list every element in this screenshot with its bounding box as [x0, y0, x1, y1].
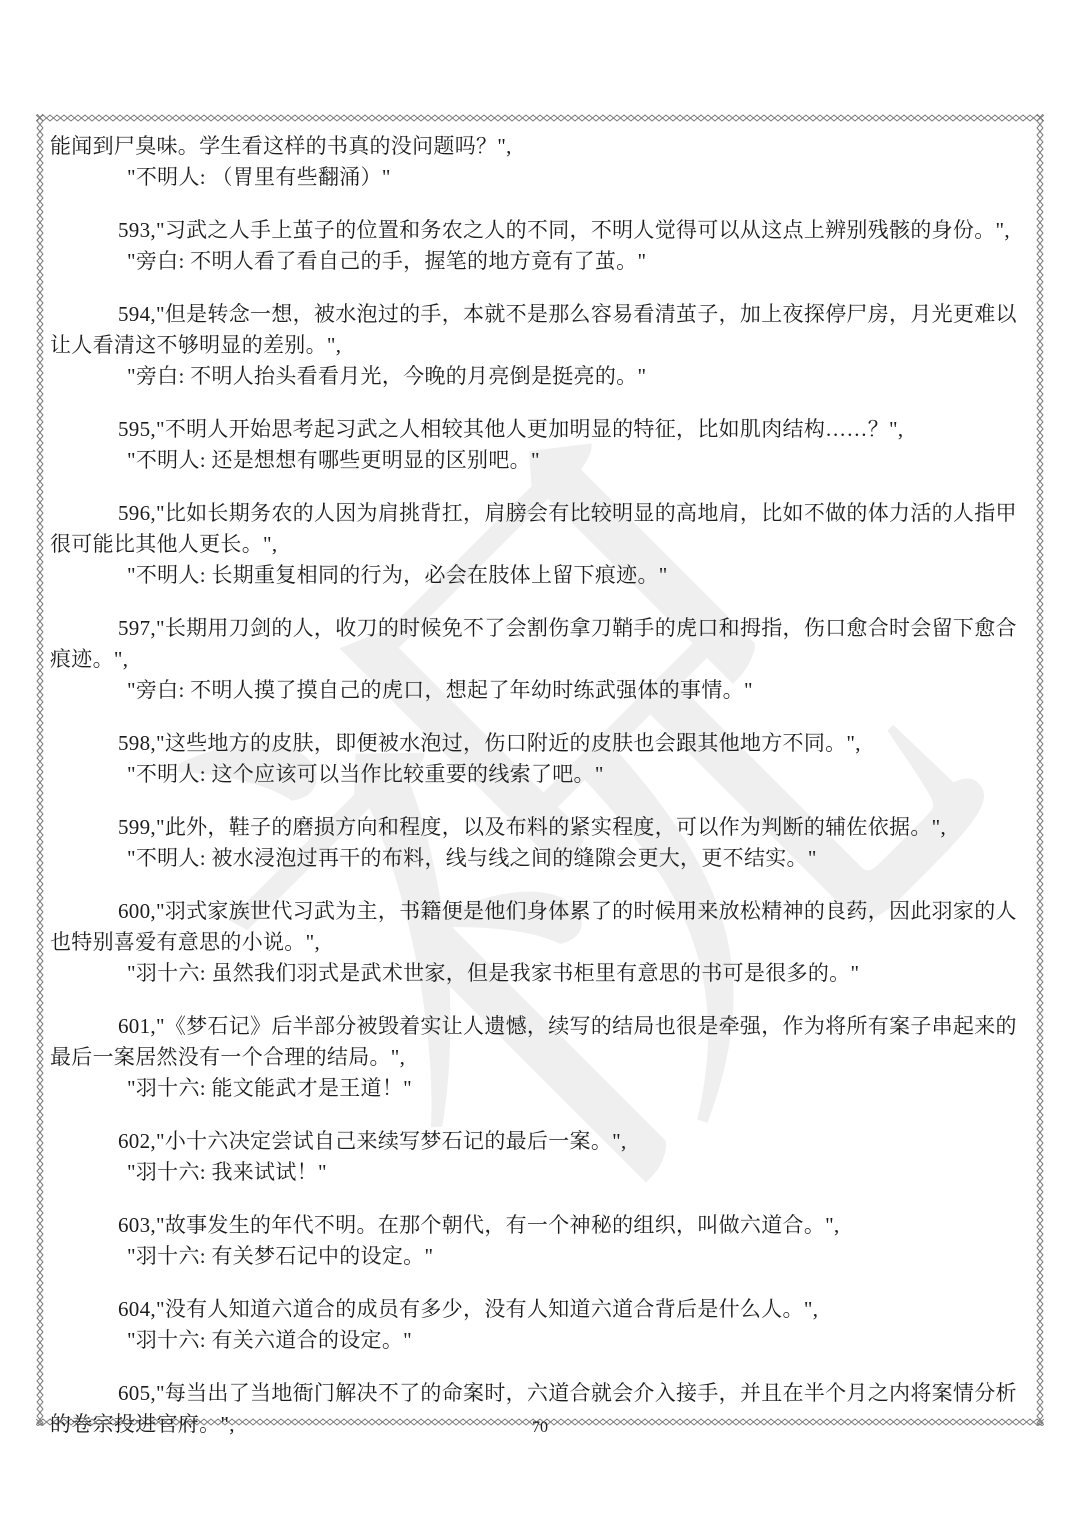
- script-entry: 594,"但是转念一想，被水泡过的手，本就不是那么容易看清茧子，加上夜探停尸房，…: [50, 299, 1033, 392]
- page-number: 70: [36, 1419, 1044, 1437]
- entry-line: 594,"但是转念一想，被水泡过的手，本就不是那么容易看清茧子，加上夜探停尸房，…: [50, 299, 1033, 361]
- dialogue-line: "不明人: 被水浸泡过再干的布料，线与线之间的缝隙会更大，更不结实。": [50, 843, 1033, 874]
- script-entry: 596,"比如长期务农的人因为肩挑背扛，肩膀会有比较明显的高地肩，比如不做的体力…: [50, 498, 1033, 591]
- script-entry: 603,"故事发生的年代不明。在那个朝代，有一个神秘的组织，叫做六道合。", "…: [50, 1210, 1033, 1272]
- entry-line: 能闻到尸臭味。学生看这样的书真的没问题吗？",: [50, 131, 1033, 162]
- script-entry: 能闻到尸臭味。学生看这样的书真的没问题吗？", "不明人: （胃里有些翻涌）": [50, 131, 1033, 193]
- dialogue-line: "羽十六: 我来试试！": [50, 1157, 1033, 1188]
- entry-line: 596,"比如长期务农的人因为肩挑背扛，肩膀会有比较明显的高地肩，比如不做的体力…: [50, 498, 1033, 560]
- dialogue-line: "不明人: 这个应该可以当作比较重要的线索了吧。": [50, 759, 1033, 790]
- document-page: 祝 能闻到尸臭味。学生看这样的书真的没问题吗？", "不明人: （胃里有些翻涌）…: [0, 0, 1080, 1528]
- script-entry: 597,"长期用刀剑的人，收刀的时候免不了会割伤拿刀鞘手的虎口和拇指，伤口愈合时…: [50, 613, 1033, 706]
- script-entry: 599,"此外，鞋子的磨损方向和程度，以及布料的紧实程度，可以作为判断的辅佐依据…: [50, 812, 1033, 874]
- script-text: 能闻到尸臭味。学生看这样的书真的没问题吗？", "不明人: （胃里有些翻涌）" …: [50, 131, 1033, 1462]
- script-entry: 598,"这些地方的皮肤，即便被水泡过，伤口附近的皮肤也会跟其他地方不同。", …: [50, 728, 1033, 790]
- script-entry: 600,"羽式家族世代习武为主，书籍便是他们身体累了的时候用来放松精神的良药，因…: [50, 896, 1033, 989]
- script-entry: 593,"习武之人手上茧子的位置和务农之人的不同，不明人觉得可以从这点上辨别残骸…: [50, 215, 1033, 277]
- script-entry: 595,"不明人开始思考起习武之人相较其他人更加明显的特征，比如肌肉结构……？"…: [50, 414, 1033, 476]
- dialogue-line: "不明人: （胃里有些翻涌）": [50, 162, 1033, 193]
- script-entry: 602,"小十六决定尝试自己来续写梦石记的最后一案。", "羽十六: 我来试试！…: [50, 1126, 1033, 1188]
- dialogue-line: "不明人: 还是想想有哪些更明显的区别吧。": [50, 445, 1033, 476]
- dialogue-line: "羽十六: 有关梦石记中的设定。": [50, 1241, 1033, 1272]
- dialogue-line: "旁白: 不明人看了看自己的手，握笔的地方竟有了茧。": [50, 246, 1033, 277]
- dialogue-line: "羽十六: 有关六道合的设定。": [50, 1325, 1033, 1356]
- dialogue-line: "不明人: 长期重复相同的行为，必会在肢体上留下痕迹。": [50, 560, 1033, 591]
- entry-line: 598,"这些地方的皮肤，即便被水泡过，伤口附近的皮肤也会跟其他地方不同。",: [50, 728, 1033, 759]
- entry-line: 597,"长期用刀剑的人，收刀的时候免不了会割伤拿刀鞘手的虎口和拇指，伤口愈合时…: [50, 613, 1033, 675]
- entry-line: 595,"不明人开始思考起习武之人相较其他人更加明显的特征，比如肌肉结构……？"…: [50, 414, 1033, 445]
- entry-line: 601,"《梦石记》后半部分被毁着实让人遗憾，续写的结局也很是牵强，作为将所有案…: [50, 1011, 1033, 1073]
- script-entry: 601,"《梦石记》后半部分被毁着实让人遗憾，续写的结局也很是牵强，作为将所有案…: [50, 1011, 1033, 1104]
- entry-line: 593,"习武之人手上茧子的位置和务农之人的不同，不明人觉得可以从这点上辨别残骸…: [50, 215, 1033, 246]
- entry-line: 602,"小十六决定尝试自己来续写梦石记的最后一案。",: [50, 1126, 1033, 1157]
- entry-line: 604,"没有人知道六道合的成员有多少，没有人知道六道合背后是什么人。",: [50, 1294, 1033, 1325]
- entry-line: 599,"此外，鞋子的磨损方向和程度，以及布料的紧实程度，可以作为判断的辅佐依据…: [50, 812, 1033, 843]
- dialogue-line: "旁白: 不明人抬头看看月光，今晚的月亮倒是挺亮的。": [50, 361, 1033, 392]
- entry-line: 600,"羽式家族世代习武为主，书籍便是他们身体累了的时候用来放松精神的良药，因…: [50, 896, 1033, 958]
- dialogue-line: "旁白: 不明人摸了摸自己的虎口，想起了年幼时练武强体的事情。": [50, 675, 1033, 706]
- dialogue-line: "羽十六: 能文能武才是王道！": [50, 1073, 1033, 1104]
- entry-line: 603,"故事发生的年代不明。在那个朝代，有一个神秘的组织，叫做六道合。",: [50, 1210, 1033, 1241]
- script-entry: 604,"没有人知道六道合的成员有多少，没有人知道六道合背后是什么人。", "羽…: [50, 1294, 1033, 1356]
- dialogue-line: "羽十六: 虽然我们羽式是武术世家，但是我家书柜里有意思的书可是很多的。": [50, 958, 1033, 989]
